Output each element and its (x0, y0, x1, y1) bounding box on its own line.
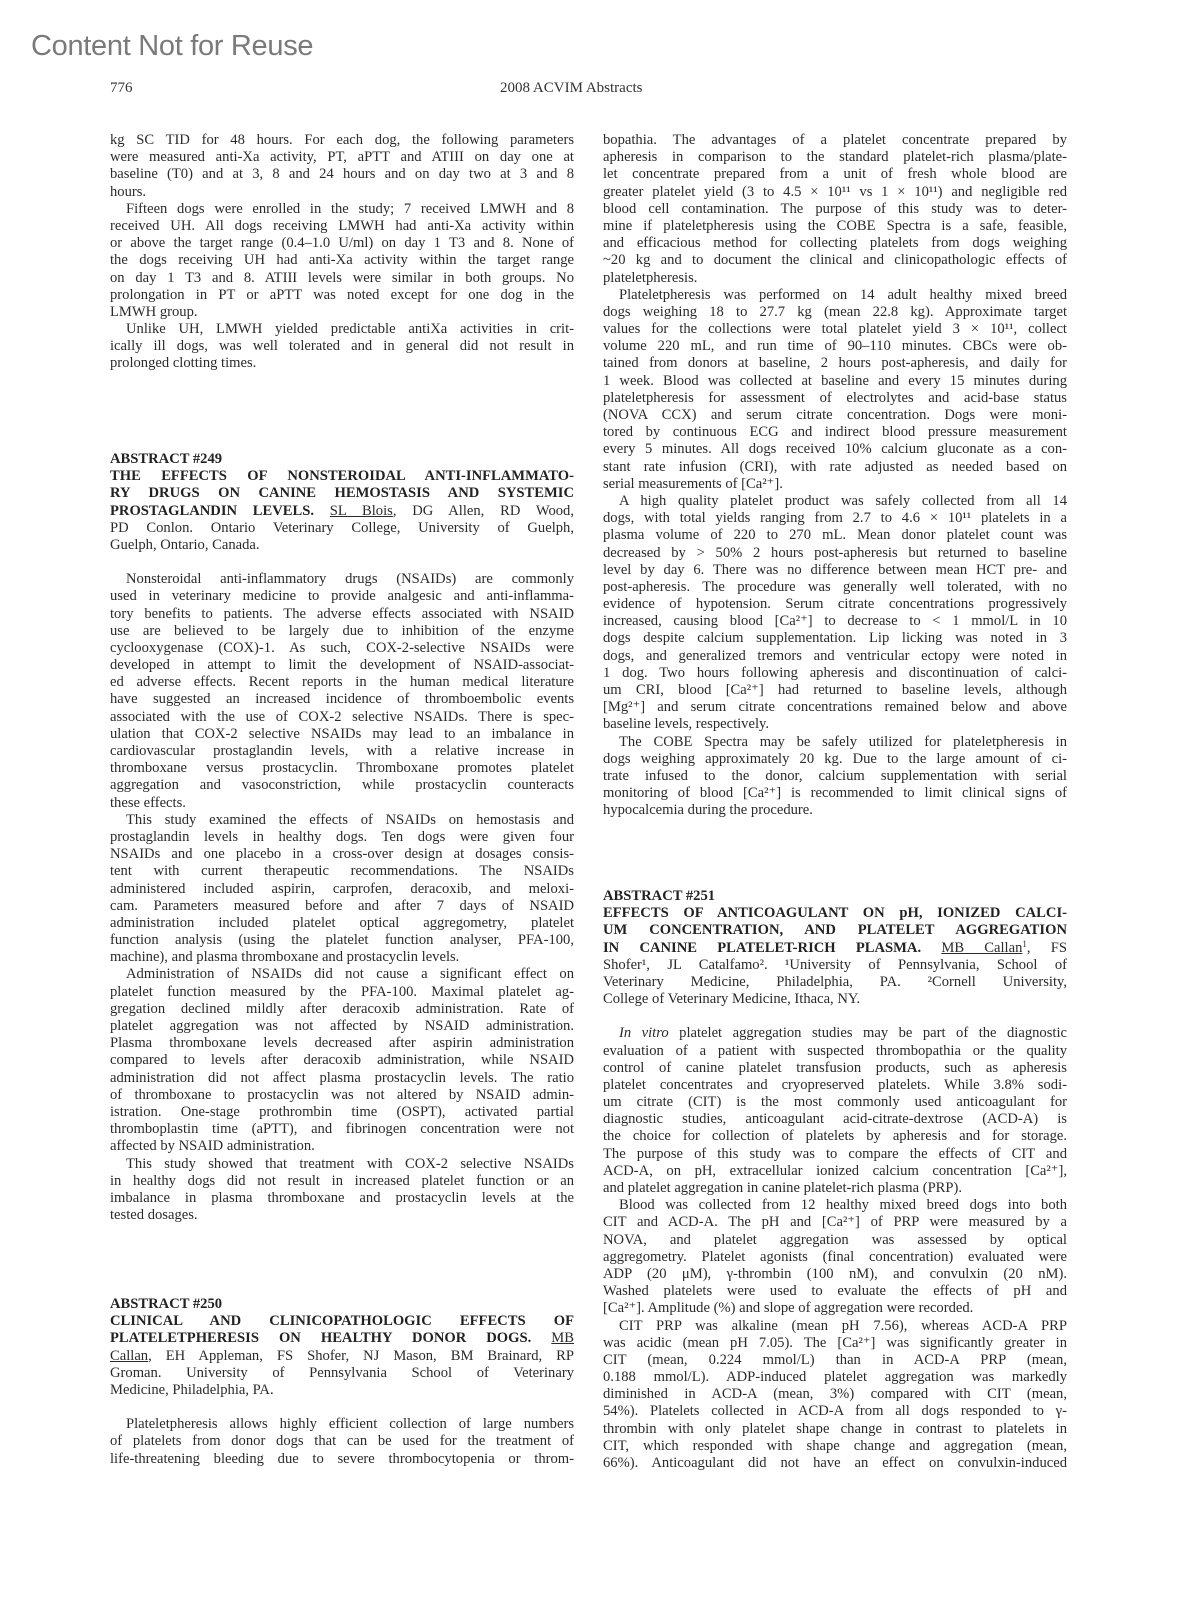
authors-affiliation: Groman. University of Pennsylvania Schoo… (110, 1365, 574, 1382)
text-line: or above the target range (0.4–1.0 U/ml)… (110, 235, 574, 252)
text-line: cam. Parameters measured before and afte… (110, 898, 574, 915)
text-line: increased, causing blood [Ca²⁺] to decre… (603, 613, 1067, 630)
text-line: values for the collections were total pl… (603, 321, 1067, 338)
text-line: hypocalcemia during the procedure. (603, 802, 1067, 819)
text-line: The purpose of this study was to compare… (603, 1146, 1067, 1163)
text-line: bopathia. The advantages of a platelet c… (603, 132, 1067, 149)
text-line: of thromboxane to prostacyclin was not a… (110, 1087, 574, 1104)
presenting-author: SL Blois (330, 503, 393, 519)
title-text: CLINICAL AND CLINICOPATHOLOGIC EFFECTS O… (110, 1313, 574, 1329)
text-line: tent with current therapeutic recommenda… (110, 863, 574, 880)
text-line: prolongation in PT or aPTT was noted exc… (110, 287, 574, 304)
text-line: blood cell contamination. The purpose of… (603, 201, 1067, 218)
text-line: Administration of NSAIDs did not cause a… (110, 966, 574, 983)
text-line: CIT and ACD-A. The pH and [Ca²⁺] of PRP … (603, 1214, 1067, 1231)
text-line: administered included aspirin, carprofen… (110, 881, 574, 898)
in-vitro-italic: In vitro (619, 1025, 669, 1041)
text-line: 54%). Platelets collected in ACD-A from … (603, 1403, 1067, 1420)
text-line: were measured anti-Xa activity, PT, aPTT… (110, 149, 574, 166)
text-line: volume 220 mL, and run time of 90–110 mi… (603, 338, 1067, 355)
text-line: thrombin with only platelet shape change… (603, 1421, 1067, 1438)
text-line: used in veterinary medicine to provide a… (110, 588, 574, 605)
text-line: kg SC TID for 48 hours. For each dog, th… (110, 132, 574, 149)
text-line: tested dosages. (110, 1207, 574, 1224)
text-line: dogs weighing 18 to 27.7 kg (mean 22.8 k… (603, 304, 1067, 321)
watermark: Content Not for Reuse (31, 30, 313, 63)
running-title: 2008 ACVIM Abstracts (500, 80, 643, 97)
text-line: have suggested an increased incidence of… (110, 691, 574, 708)
text-line: NOVA, and platelet aggregation was asses… (603, 1232, 1067, 1249)
text-line: evaluation of a patient with suspected t… (603, 1043, 1067, 1060)
authors-affiliation: Veterinary Medicine, Philadelphia, PA. ²… (603, 974, 1067, 991)
text-line: trate infused to the donor, calcium supp… (603, 768, 1067, 785)
text-line: serial measurements of [Ca²⁺]. (603, 476, 1067, 493)
text-line: and platelet aggregation in canine plate… (603, 1180, 1067, 1197)
text-line: let concentrate prepared from a unit of … (603, 166, 1067, 183)
text-line: prolonged clotting times. (110, 355, 574, 372)
text-line: the dogs receiving UH had anti-Xa activi… (110, 252, 574, 269)
authors-affiliation: Shofer¹, JL Catalfamo². ¹University of P… (603, 957, 1067, 974)
text-line: affected by NSAID administration. (110, 1138, 574, 1155)
abstract-250-title-line: PLATELETPHERESIS ON HEALTHY DONOR DOGS. … (110, 1330, 574, 1347)
text-line: in healthy dogs did not result in increa… (110, 1173, 574, 1190)
text-line: greater platelet yield (3 to 4.5 × 10¹¹ … (603, 184, 1067, 201)
abstract-251-title-line: UM CONCENTRATION, AND PLATELET AGGREGATI… (603, 922, 1067, 939)
text-line: NSAIDs and one placebo in a cross-over d… (110, 846, 574, 863)
text-line: developed in attempt to limit the develo… (110, 657, 574, 674)
text-line: every 5 minutes. All dogs received 10% c… (603, 441, 1067, 458)
abstract-251-number: ABSTRACT #251 (603, 888, 1067, 905)
text-line: Plateletpheresis allows highly efficient… (110, 1416, 574, 1433)
text-line: gregation declined mildly after deracoxi… (110, 1001, 574, 1018)
text-line: thromboplastin time (aPTT), and fibrinog… (110, 1121, 574, 1138)
abstract-249-title-line: RY DRUGS ON CANINE HEMOSTASIS AND SYSTEM… (110, 485, 574, 502)
text-line: decreased by > 50% 2 hours post-apheresi… (603, 545, 1067, 562)
text-line: ACD-A, on pH, extracellular ionized calc… (603, 1163, 1067, 1180)
text-line: diminished in ACD-A (mean, 3%) compared … (603, 1386, 1067, 1403)
abstract-249-number: ABSTRACT #249 (110, 451, 574, 468)
text-line: of platelets from donor dogs that can be… (110, 1433, 574, 1450)
text-line: 0.188 mmol/L). ADP-induced platelet aggr… (603, 1369, 1067, 1386)
text-line: machine), and plasma thromboxane and pro… (110, 949, 574, 966)
text-line: administration included platelet optical… (110, 915, 574, 932)
text-line: post-apheresis. The procedure was genera… (603, 579, 1067, 596)
abstract-251: ABSTRACT #251 EFFECTS OF ANTICOAGULANT O… (603, 888, 1067, 1472)
text-line: function analysis (using the platelet fu… (110, 932, 574, 949)
abstract-249-title-authors-line: PROSTAGLANDIN LEVELS. SL Blois, DG Allen… (110, 503, 574, 520)
text-line: This study showed that treatment with CO… (110, 1156, 574, 1173)
text-line: platelet aggregation was not affected by… (110, 1018, 574, 1035)
text-line: received UH. All dogs receiving LMWH had… (110, 218, 574, 235)
text-line: Plasma thromboxane levels decreased afte… (110, 1035, 574, 1052)
text-line: baseline levels, respectively. (603, 716, 1067, 733)
text-line: A high quality platelet product was safe… (603, 493, 1067, 510)
text-line: associated with the use of COX-2 selecti… (110, 709, 574, 726)
text-line: evidence of hypotension. Serum citrate c… (603, 596, 1067, 613)
abstract-249-title-line: PROSTAGLANDIN LEVELS. (110, 503, 314, 519)
authors: , EH Appleman, FS Shofer, NJ Mason, BM B… (148, 1348, 574, 1364)
text-line: ed adverse effects. Recent reports in th… (110, 674, 574, 691)
text-line: um citrate (CIT) is the most commonly us… (603, 1094, 1067, 1111)
text-line: CIT, which responded with shape change a… (603, 1438, 1067, 1455)
text-line: diagnostic studies, anticoagulant acid-c… (603, 1111, 1067, 1128)
text-line: Plateletpheresis was performed on 14 adu… (603, 287, 1067, 304)
text-line: [Mg²⁺] and serum citrate concentrations … (603, 699, 1067, 716)
text-line: Fifteen dogs were enrolled in the study;… (110, 201, 574, 218)
abstract-250-title-line: CLINICAL AND CLINICOPATHOLOGIC EFFECTS O… (110, 1313, 574, 1330)
text-line: plateletpheresis for assessment of elect… (603, 390, 1067, 407)
text-line: 1 week. Blood was collected at baseline … (603, 373, 1067, 390)
abstract-250-body: Plateletpheresis allows highly efficient… (110, 1416, 574, 1468)
text-line: um CRI, blood [Ca²⁺] had returned to bas… (603, 682, 1067, 699)
text-line: This study examined the effects of NSAID… (110, 812, 574, 829)
text-line: (NOVA CCX) and serum citrate concentrati… (603, 407, 1067, 424)
abstract-251-title-authors-line: IN CANINE PLATELET-RICH PLASMA. MB Calla… (603, 940, 1067, 957)
authors-line: Callan, EH Appleman, FS Shofer, NJ Mason… (110, 1348, 574, 1365)
abstract-251-body: evaluation of a patient with suspected t… (603, 1043, 1067, 1473)
presenting-author: MB (551, 1330, 574, 1346)
abstract-251-first-line: In vitro platelet aggregation studies ma… (603, 1025, 1067, 1042)
text-line: cardiovascular prostaglandin levels, wit… (110, 743, 574, 760)
text-line: The COBE Spectra may be safely utilized … (603, 734, 1067, 751)
authors-affiliation: Medicine, Philadelphia, PA. (110, 1382, 574, 1399)
text-line: Washed platelets were used to evaluate t… (603, 1283, 1067, 1300)
text-line: control of canine platelet transfusion p… (603, 1060, 1067, 1077)
text-line: CIT PRP was alkaline (mean pH 7.56), whe… (603, 1318, 1067, 1335)
abstract-249-body: Nonsteroidal anti-inflammatory drugs (NS… (110, 571, 574, 1224)
text-line: these effects. (110, 795, 574, 812)
text-line: mine if plateletpheresis using the COBE … (603, 218, 1067, 235)
text-line: tored by continuous ECG and indirect blo… (603, 424, 1067, 441)
text-line: on day 1 T3 and 8. ATIII levels were sim… (110, 270, 574, 287)
presenting-author: Callan (110, 1348, 148, 1364)
text-line: tained from donors at baseline, 2 hours … (603, 355, 1067, 372)
text-line: monitoring of blood [Ca²⁺] is recommende… (603, 785, 1067, 802)
authors: , FS (1027, 940, 1067, 956)
text-line: dogs despite calcium supplementation. Li… (603, 630, 1067, 647)
text-line: aggregation and vasoconstriction, while … (110, 777, 574, 794)
left-column: kg SC TID for 48 hours. For each dog, th… (110, 132, 574, 373)
text-line: ADP (20 μM), γ-thrombin (100 nM), and co… (603, 1266, 1067, 1283)
text-line: platelet concentrates and cryopreserved … (603, 1077, 1067, 1094)
text-line: use are believed to be largely due to in… (110, 623, 574, 640)
abstract-250: ABSTRACT #250 CLINICAL AND CLINICOPATHOL… (110, 1296, 574, 1468)
text-line: level by day 6. There was no difference … (603, 562, 1067, 579)
authors-affiliation: PD Conlon. Ontario Veterinary College, U… (110, 520, 574, 537)
authors: , DG Allen, RD Wood, (393, 503, 574, 519)
text-line: CIT (mean, 0.224 mmol/L) than in ACD-A P… (603, 1352, 1067, 1369)
text-line: the choice for collection of platelets b… (603, 1128, 1067, 1145)
abstract-250-number: ABSTRACT #250 (110, 1296, 574, 1313)
presenting-author: MB Callan (941, 940, 1022, 956)
text-line: aggregometry. Platelet agonists (final c… (603, 1249, 1067, 1266)
page-number: 776 (110, 80, 133, 97)
text-line: Unlike UH, LMWH yielded predictable anti… (110, 321, 574, 338)
text-line: plasma volume of 220 to 270 mL. Mean don… (603, 527, 1067, 544)
text-line: administration did not affect plasma pro… (110, 1070, 574, 1087)
text-line: life-threatening bleeding due to severe … (110, 1451, 574, 1468)
text-line: Blood was collected from 12 healthy mixe… (603, 1197, 1067, 1214)
text-line: imbalance in plasma thromboxane and pros… (110, 1190, 574, 1207)
abstract-251-title-line: EFFECTS OF ANTICOAGULANT ON pH, IONIZED … (603, 905, 1067, 922)
text-line: prostaglandin levels in healthy dogs. Te… (110, 829, 574, 846)
text-line: LMWH group. (110, 304, 574, 321)
right-column: bopathia. The advantages of a platelet c… (603, 132, 1067, 820)
text-line: tory benefits to patients. The adverse e… (110, 606, 574, 623)
text-line: ~20 kg and to document the clinical and … (603, 252, 1067, 269)
text-line: dogs weighing approximately 20 kg. Due t… (603, 751, 1067, 768)
text-line: ically ill dogs, was well tolerated and … (110, 338, 574, 355)
title-text: PLATELETPHERESIS ON HEALTHY DONOR DOGS. (110, 1330, 531, 1346)
text-line: Nonsteroidal anti-inflammatory drugs (NS… (110, 571, 574, 588)
text-line: platelet function measured by the PFA-10… (110, 984, 574, 1001)
text-line: apheresis in comparison to the standard … (603, 149, 1067, 166)
abstract-249: ABSTRACT #249 THE EFFECTS OF NONSTEROIDA… (110, 451, 574, 1224)
text-line: dogs, with total yields ranging from 2.7… (603, 510, 1067, 527)
text-line: ulation that COX-2 selective NSAIDs may … (110, 726, 574, 743)
title-text: IN CANINE PLATELET-RICH PLASMA. (603, 940, 921, 956)
authors-affiliation: College of Veterinary Medicine, Ithaca, … (603, 991, 1067, 1008)
text-line: 1 dog. Two hours following apheresis and… (603, 665, 1067, 682)
text-line: and efficacious method for collecting pl… (603, 235, 1067, 252)
text-line: thromboxane versus prostacyclin. Thrombo… (110, 760, 574, 777)
body-text: platelet aggregation studies may be part… (669, 1025, 1067, 1041)
text-line: cyclooxygenase (COX)-1. As such, COX-2-s… (110, 640, 574, 657)
text-line: 66%). Anticoagulant did not have an effe… (603, 1455, 1067, 1472)
authors-affiliation: Guelph, Ontario, Canada. (110, 537, 574, 554)
text-line: baseline (T0) and at 3, 8 and 24 hours a… (110, 166, 574, 183)
text-line: istration. One-stage prothrombin time (O… (110, 1104, 574, 1121)
text-line: was acidic (mean pH 7.05). The [Ca²⁺] wa… (603, 1335, 1067, 1352)
text-line: [Ca²⁺]. Amplitude (%) and slope of aggre… (603, 1300, 1067, 1317)
text-line: compared to levels after deracoxib admin… (110, 1052, 574, 1069)
abstract-249-title-line: THE EFFECTS OF NONSTEROIDAL ANTI-INFLAMM… (110, 468, 574, 485)
text-line: dogs, and generalized tremors and ventri… (603, 648, 1067, 665)
text-line: plateletpheresis. (603, 270, 1067, 287)
text-line: hours. (110, 184, 574, 201)
text-line: stant rate infusion (CRI), with rate adj… (603, 459, 1067, 476)
